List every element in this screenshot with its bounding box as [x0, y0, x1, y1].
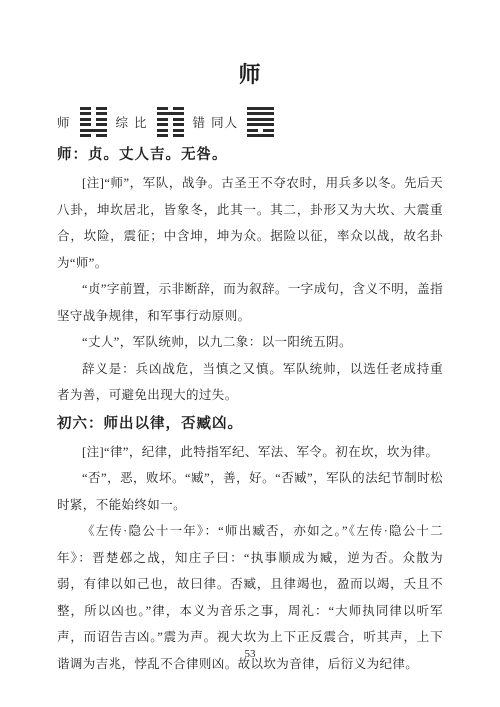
hexagram-label-tongren: 同人 — [211, 113, 238, 131]
page-title: 师 — [57, 62, 443, 88]
hexagram-line-broken — [80, 118, 107, 121]
relation-label-zong: 综 — [116, 113, 130, 131]
hexagram-label-bi: 比 — [134, 113, 148, 131]
hexagram-bi-icon — [157, 107, 184, 138]
paragraph: “丈人”，军队统帅，以九二象：以一阳统五阴。 — [57, 329, 443, 356]
hexagram-line-broken — [157, 123, 184, 126]
paragraph: “贞”字前置，示非断辞，而为叙辞。一字成句，含义不明，盖指坚守战争规律，和军事行… — [57, 276, 443, 329]
paragraph: “否”，恶，败坏。“臧”，善，好。“否臧”，军队的法纪节制时松时紧，不能始终如一… — [57, 465, 443, 518]
hexagram-line-solid — [247, 123, 274, 126]
hexagram-line-solid — [247, 134, 274, 137]
hexagram-line-broken — [157, 107, 184, 110]
hexagram-line-solid — [80, 129, 107, 132]
hexagram-line-broken — [80, 123, 107, 126]
hexagram-line-broken — [247, 129, 274, 132]
paragraph: 辞义是：兵凶战危，当慎之又慎。军队统帅，以选任老成持重者为善，可避免出现大的过失… — [57, 356, 443, 409]
section-heading: 师：贞。丈人吉。无咎。 — [57, 146, 443, 165]
hexagram-row: 师 综 比 错 同人 — [57, 104, 443, 140]
hexagram-line-broken — [157, 134, 184, 137]
body-sections: 师：贞。丈人吉。无咎。[注]“师”，军队，战争。古圣王不夺农时，用兵多以冬。先后… — [57, 146, 443, 677]
hexagram-shi-icon — [80, 107, 107, 138]
section-heading: 初六：师出以律，否臧凶。 — [57, 415, 443, 434]
hexagram-line-broken — [80, 112, 107, 115]
hexagram-tongren-icon — [247, 107, 274, 138]
hexagram-line-broken — [80, 107, 107, 110]
hexagram-line-solid — [247, 107, 274, 110]
paragraph: [注]“律”，纪律，此特指军纪、军法、军令。初在坎，坎为律。 — [57, 439, 443, 466]
hexagram-line-solid — [157, 112, 184, 115]
hexagram-label-shi: 师 — [57, 113, 71, 131]
hexagram-line-solid — [247, 118, 274, 121]
hexagram-line-broken — [80, 134, 107, 137]
page-number: 53 — [0, 648, 500, 660]
document-page: 师 师 综 比 错 同人 师：贞。丈人吉。无咎。[注]“师”，军队，战争。古圣王… — [0, 0, 500, 707]
hexagram-line-broken — [157, 129, 184, 132]
paragraph: [注]“师”，军队，战争。古圣王不夺农时，用兵多以冬。先后天八卦，坤坎居北，皆象… — [57, 170, 443, 276]
relation-label-cuo: 错 — [193, 113, 207, 131]
hexagram-line-solid — [247, 112, 274, 115]
hexagram-line-broken — [157, 118, 184, 121]
